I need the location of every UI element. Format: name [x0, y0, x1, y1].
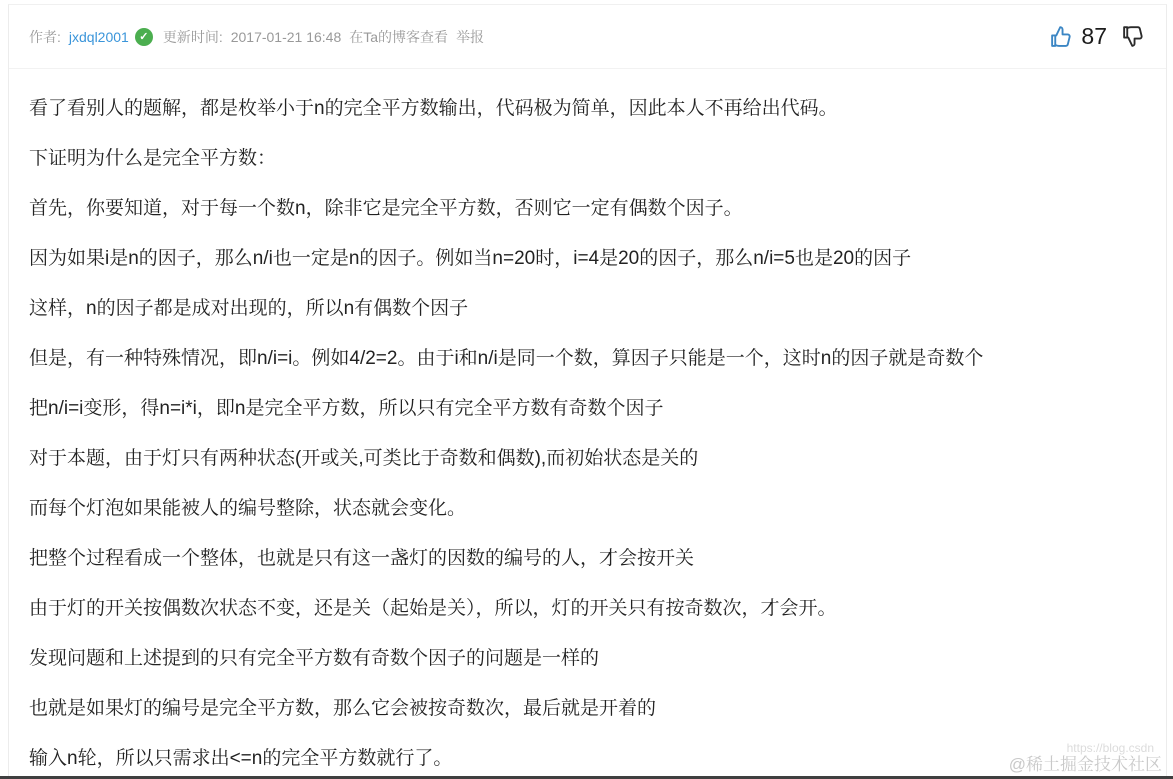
report-link[interactable]: 举报 — [456, 27, 484, 47]
answer-body: 看了看别人的题解，都是枚举小于n的完全平方数输出，代码极为简单，因此本人不再给出… — [9, 69, 1166, 769]
answer-card: 作者: jxdql2001 ✓ 更新时间: 2017-01-21 16:48 在… — [8, 4, 1167, 779]
paragraph: 也就是如果灯的编号是完全平方数，那么它会被按奇数次，最后就是开着的 — [29, 699, 1146, 719]
paragraph: 对于本题，由于灯只有两种状态(开或关,可类比于奇数和偶数),而初始状态是关的 — [29, 449, 1146, 469]
paragraph: 因为如果i是n的因子，那么n/i也一定是n的因子。例如当n=20时，i=4是20… — [29, 249, 1146, 269]
author-name-link[interactable]: jxdql2001 — [69, 29, 129, 45]
verified-badge-icon: ✓ — [135, 28, 153, 46]
paragraph: 但是，有一种特殊情况，即n/i=i。例如4/2=2。由于i和n/i是同一个数，算… — [29, 349, 1146, 369]
dislike-button[interactable] — [1121, 24, 1146, 49]
paragraph: 由于灯的开关按偶数次状态不变，还是关（起始是关），所以，灯的开关只有按奇数次，才… — [29, 599, 1146, 619]
author-label: 作者: — [29, 27, 61, 47]
paragraph: 把整个过程看成一个整体，也就是只有这一盏灯的因数的编号的人，才会按开关 — [29, 549, 1146, 569]
thumbs-down-icon — [1121, 24, 1146, 49]
paragraph: 首先，你要知道，对于每一个数n，除非它是完全平方数，否则它一定有偶数个因子。 — [29, 199, 1146, 219]
paragraph: 这样，n的因子都是成对出现的，所以n有偶数个因子 — [29, 299, 1146, 319]
answer-header: 作者: jxdql2001 ✓ 更新时间: 2017-01-21 16:48 在… — [9, 5, 1166, 69]
paragraph: 而每个灯泡如果能被人的编号整除，状态就会变化。 — [29, 499, 1146, 519]
vote-controls: 87 — [1049, 24, 1146, 49]
paragraph: 下证明为什么是完全平方数： — [29, 149, 1146, 169]
thumbs-up-icon — [1049, 24, 1074, 49]
author-meta: 作者: jxdql2001 ✓ 更新时间: 2017-01-21 16:48 在… — [29, 27, 492, 47]
updated-time-value: 2017-01-21 16:48 — [231, 29, 342, 45]
view-blog-link[interactable]: 在Ta的博客查看 — [349, 27, 448, 47]
paragraph: 看了看别人的题解，都是枚举小于n的完全平方数输出，代码极为简单，因此本人不再给出… — [29, 99, 1146, 119]
like-count: 87 — [1081, 25, 1107, 48]
paragraph: 发现问题和上述提到的只有完全平方数有奇数个因子的问题是一样的 — [29, 649, 1146, 669]
updated-time-label: 更新时间: — [163, 27, 223, 47]
like-button[interactable] — [1049, 24, 1074, 49]
paragraph: 输入n轮，所以只需求出<=n的完全平方数就行了。 — [29, 749, 1146, 769]
paragraph: 把n/i=i变形，得n=i*i，即n是完全平方数，所以只有完全平方数有奇数个因子 — [29, 399, 1146, 419]
